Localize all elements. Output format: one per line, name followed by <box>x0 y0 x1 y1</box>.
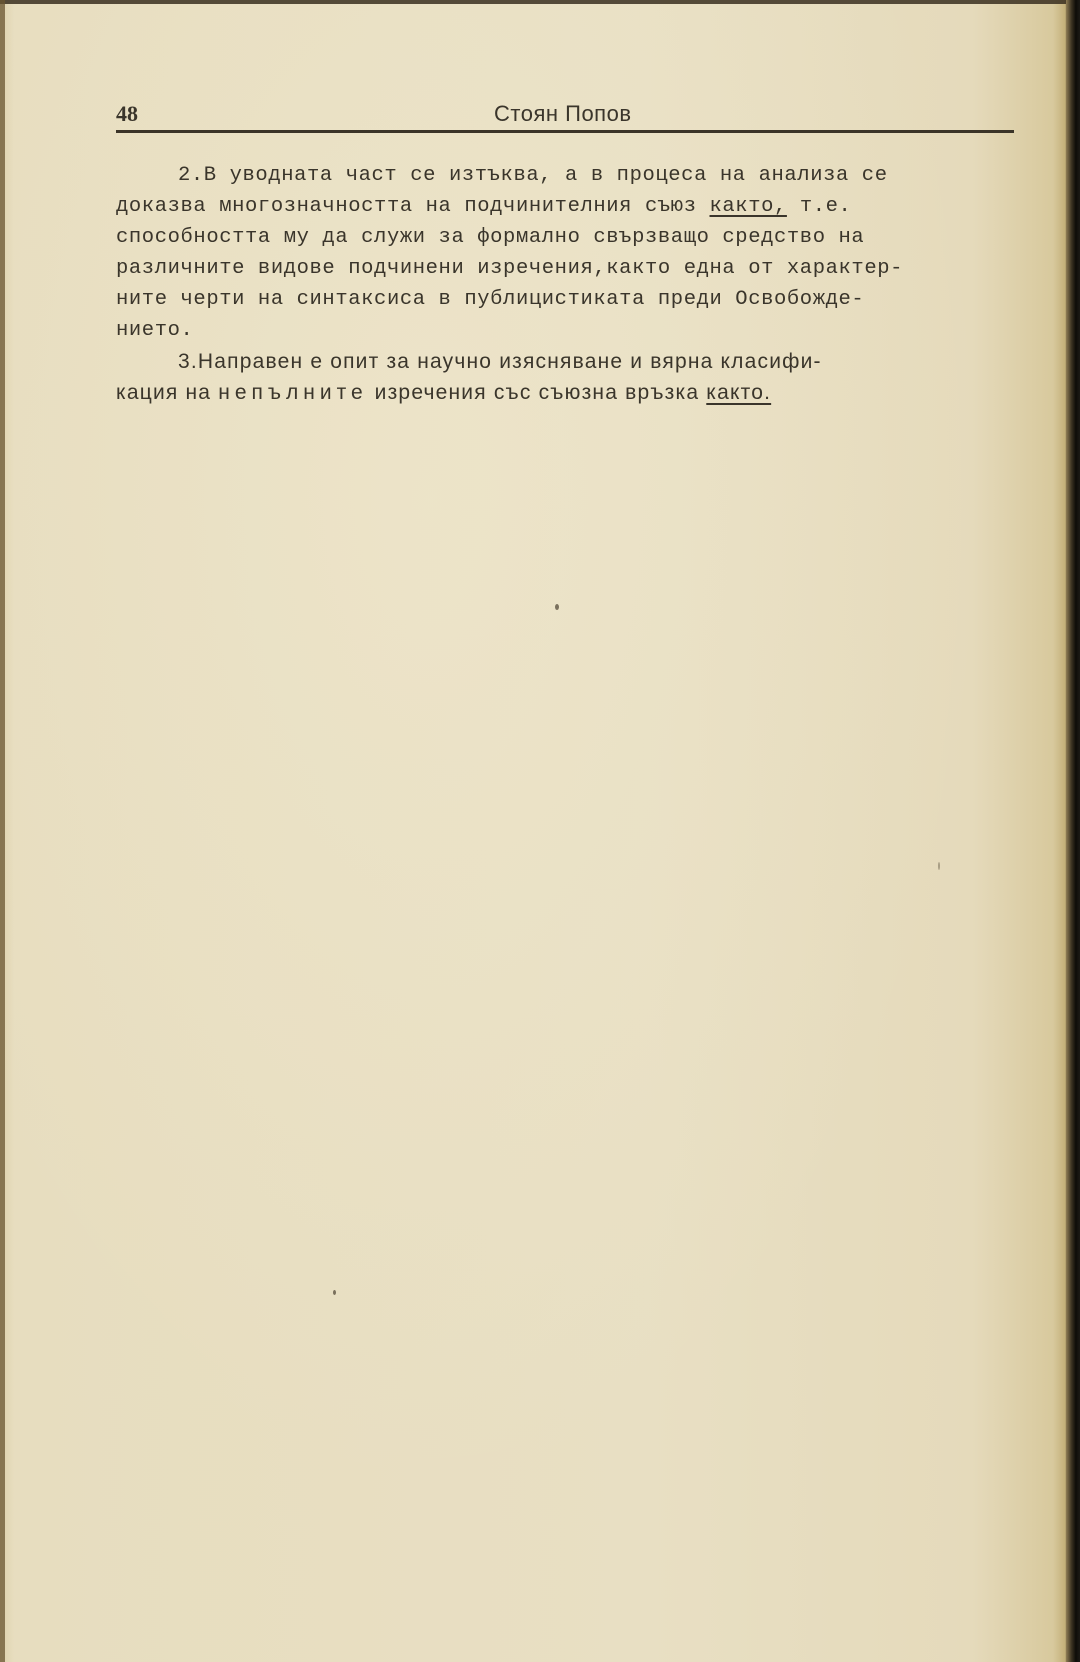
paragraph-3: 3.Направен е опит за научно изясняване и… <box>116 346 1016 408</box>
page-number: 48 <box>116 101 138 127</box>
text-line: способността му да служи за формално свъ… <box>116 222 1016 253</box>
page-header: 48 Стоян Попов <box>116 96 1014 133</box>
text-line: 2.В уводната част се изтъква, а в процес… <box>116 160 1016 191</box>
text-line: кация на непълните изречения със съюзна … <box>116 377 1016 408</box>
text-line: различните видове подчинени изречения,ка… <box>116 253 1016 284</box>
page-top-edge <box>0 0 1080 4</box>
underlined-word: както, <box>710 195 787 218</box>
text-fragment: доказва многозначността на подчинителния… <box>116 195 710 218</box>
text-line: ните черти на синтаксиса в публицистикат… <box>116 284 1016 315</box>
scanned-book-page: 48 Стоян Попов 2.В уводната част се изтъ… <box>0 0 1080 1662</box>
text-line: доказва многозначността на подчинителния… <box>116 191 1016 222</box>
body-text: 2.В уводната част се изтъква, а в процес… <box>116 160 1016 408</box>
book-binding-shadow <box>1066 0 1080 1662</box>
paragraph-2: 2.В уводната част се изтъква, а в процес… <box>116 160 1016 346</box>
page-left-edge <box>0 0 5 1662</box>
emphasized-word: непълните <box>218 381 367 404</box>
text-fragment: изречения със съюзна връзка <box>368 381 707 404</box>
text-line: нието. <box>116 315 1016 346</box>
paper-speck <box>333 1290 336 1295</box>
running-head-author: Стоян Попов <box>494 101 632 127</box>
text-fragment: т.е. <box>787 195 852 218</box>
underlined-word: както. <box>706 381 771 404</box>
paper-speck <box>938 862 940 870</box>
text-line: 3.Направен е опит за научно изясняване и… <box>116 346 1016 377</box>
text-fragment: кация на <box>116 381 218 404</box>
paper-speck <box>555 604 559 610</box>
